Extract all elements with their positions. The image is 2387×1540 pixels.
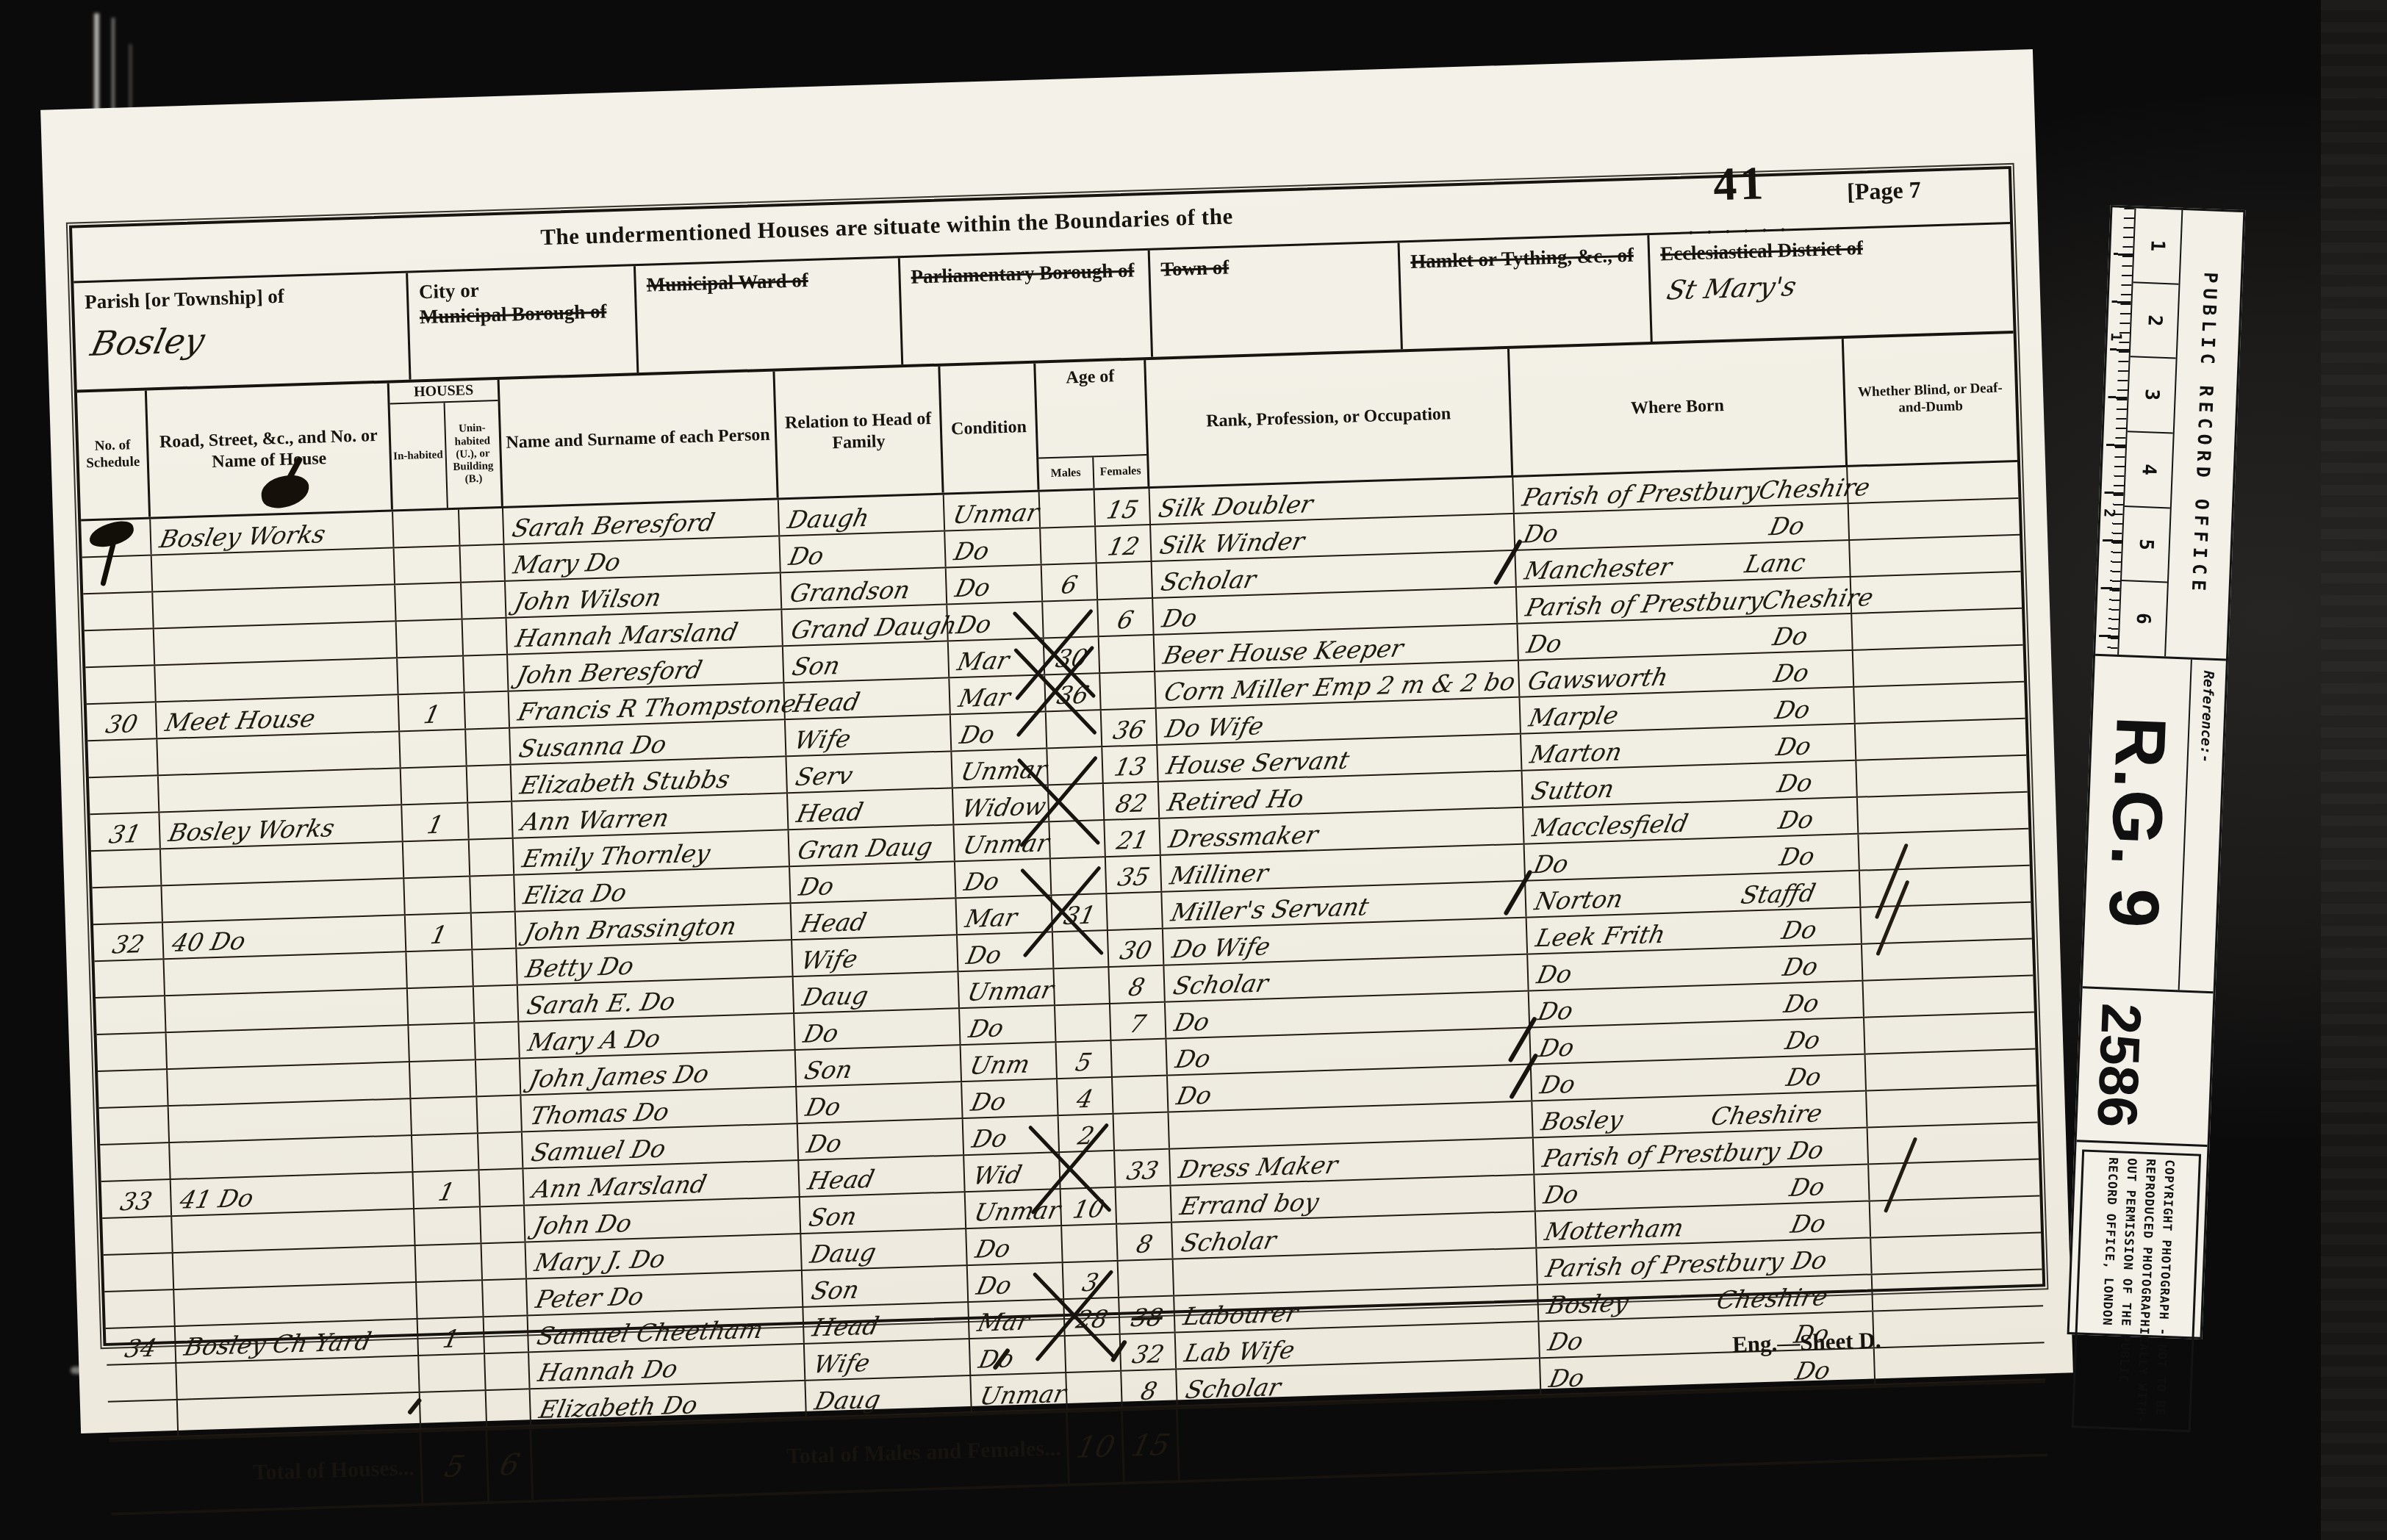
cell-uninhabited [472,913,517,949]
cell-age-male: 5 [1057,1041,1113,1078]
cell-condition: Do [963,1116,1060,1154]
cell-blind [1866,1050,2036,1090]
ruler-number: 3 [2128,358,2176,434]
cell-schedule [89,776,159,813]
cell-blind [1856,719,2026,760]
cell-name: John Brassington [516,904,792,947]
cell-condition: Mar [950,675,1046,713]
ruler-cm-number: 1 [2107,332,2125,342]
cell-condition: Unmar [952,749,1048,787]
cell-address [162,879,405,921]
cell-schedule [87,739,158,777]
cell-age-female: 15 [1095,489,1151,525]
cell-schedule [85,629,155,666]
cell-condition: Mar [956,896,1052,934]
cell-name: Susanna Do [510,720,786,763]
cell-name: Sarah E. Do [518,977,794,1021]
cell-age-male: 4 [1058,1078,1113,1115]
census-sheet: The undermentioned Houses are situate wi… [40,49,2073,1433]
copyright-notice: COPYRIGHT PHOTOGRAPH - NOT TO BE REPRODU… [2072,1150,2201,1433]
cell-uninhabited [477,1095,522,1132]
cell-address: 40 Do [163,915,406,958]
cell-relation: Do [780,532,946,572]
cell-uninhabited [464,655,509,692]
cell-name: Ann Marsland [523,1161,800,1204]
reference-section: R.G. 9 Reference:- [2083,656,2226,993]
cell-condition: Unmar [954,822,1050,860]
cell-age-female: 6 [1098,599,1154,636]
cell-relation: Grand Daugh [782,605,948,645]
district-cell: Town of [1150,242,1403,356]
cell-age-male [1060,1151,1116,1188]
cell-name: John James Do [520,1051,797,1094]
cell-blind [1858,793,2028,833]
series-reference: R.G. 9 [2083,656,2192,990]
cell-age-male [1047,710,1102,747]
cell-age-male [1043,600,1099,637]
cell-condition: Unmar [971,1373,1067,1411]
cell-age-female [1111,1040,1167,1076]
cell-inhabited [417,1281,484,1318]
cell-address [168,1062,411,1105]
cell-uninhabited [462,582,506,619]
cell-uninhabited [467,766,512,802]
cell-name: John Wilson [506,573,782,616]
cell-inhabited [410,1060,477,1098]
cell-uninhabited [481,1206,525,1242]
cell-name: Peter Do [527,1271,803,1314]
cell-address [165,952,408,995]
cell-uninhabited [485,1353,530,1389]
cell-condition: Widow [953,785,1049,824]
cell-blind [1853,646,2024,686]
cell-inhabited [420,1391,487,1428]
cell-age-female: 33 [1115,1150,1171,1187]
cell-age-female [1099,636,1155,672]
cell-age-male [1047,747,1103,784]
cell-blind [1859,830,2029,870]
cell-condition: Do [968,1263,1064,1301]
cell-uninhabited [479,1169,524,1206]
archive-label-strip: 12 123456 PUBLIC RECORD OFFICE R.G. 9 Re… [2067,205,2246,1339]
cell-blind [1869,1159,2039,1200]
cell-blind [1850,536,2020,576]
cell-age-female: 8 [1109,966,1165,1003]
cell-age-male [1054,968,1110,1004]
cell-age-male [1066,1372,1122,1408]
cell-age-female [1114,1113,1170,1150]
cell-age-female: 36 [1102,709,1157,746]
cell-relation: Son [800,1192,966,1233]
cell-name: Elizabeth Do [531,1381,807,1425]
sheet-footer: Eng.—Sheet D. [1732,1327,1881,1358]
col-houses: HOUSES In-habited Unin-habited (U.), or … [390,380,503,510]
cell-blind [1852,609,2022,650]
cell-condition: Do [958,932,1054,971]
cell-address [167,1026,410,1068]
cell-blind [1864,1013,2035,1054]
cell-address: Bosley Works [159,805,403,848]
cell-name: Emily Thornley [514,830,790,874]
cell-relation: Wife [792,935,958,976]
cell-relation: Daugh [779,495,945,536]
cell-blind [1871,1233,2042,1273]
district-value: Bosley [91,320,205,364]
district-cell: Municipal Ward of [636,258,903,373]
cell-address [157,732,401,774]
cell-condition: Do [951,712,1047,750]
col-schedule: No. of Schedule [77,391,151,519]
cell-inhabited [419,1354,486,1392]
cell-name: Francis R Thompstone [509,683,786,727]
cell-address [169,1099,412,1142]
piece-number: 2586 [2077,988,2214,1147]
cell-age-female: 38 [1119,1296,1175,1333]
cell-relation: Head [784,678,950,719]
cell-age-male [1049,784,1105,821]
cell-schedule [91,849,162,887]
col-age: Age of Males Females [1035,360,1149,490]
cell-address [153,585,396,627]
total-females: 15 [1123,1409,1180,1481]
folio-number: 41 [1712,156,1767,212]
cell-inhabited [412,1134,479,1171]
cell-age-male: 2 [1059,1115,1115,1151]
cell-age-male: 30 [1044,637,1100,674]
cell-condition: Do [970,1336,1066,1375]
cell-uninhabited [483,1279,528,1316]
cell-uninhabited [487,1389,531,1426]
cell-age-female [1097,562,1153,599]
cell-name: Thomas Do [521,1087,797,1131]
cell-condition: Do [960,1006,1056,1044]
cell-blind [1868,1123,2039,1163]
district-label: Hamlet or Tything, &c., of [1410,243,1640,275]
cell-relation: Daug [794,972,960,1012]
cell-name: Betty Do [517,940,793,984]
cell-schedule [108,1400,179,1438]
cell-name: Eliza Do [514,867,791,910]
cell-age-male: 10 [1061,1188,1117,1225]
cell-uninhabited [476,1059,521,1095]
cell-schedule [95,960,165,997]
col-relation: Relation to Head of Family [775,367,944,498]
cell-inhabited [400,730,467,768]
district-cell: Ecclesiastical District ofSt Mary's [1649,224,2013,342]
page-number: [Page 7 [1847,176,1921,206]
cell-age-male: 28 [1064,1298,1120,1335]
cell-address [172,1209,415,1252]
cell-age-female: 82 [1104,782,1160,819]
table-body: Bosley WorksSarah BeresfordDaughUnmar15S… [81,462,2045,1439]
cell-blind [1861,903,2031,943]
cell-condition: Unmar [966,1190,1062,1228]
cell-blind [1848,462,2018,503]
col-males: Males [1038,457,1094,489]
cell-age-female: 7 [1110,1003,1166,1040]
cell-inhabited [414,1207,481,1245]
cell-address: 41 Do [171,1173,414,1215]
cell-condition: Wid [964,1153,1060,1191]
cell-age-male [1053,931,1109,968]
cell-schedule: 30 [87,702,157,740]
cell-age-male [1055,1004,1111,1041]
cell-relation: Head [792,899,958,939]
cell-inhabited [411,1097,478,1134]
col-name: Name and Surname of each Person [500,371,779,505]
cell-uninhabited [466,729,511,766]
cell-blind [1849,499,2020,539]
cell-name: Mary J. Do [526,1234,803,1278]
cell-relation: Serv [786,752,952,792]
cell-address [173,1246,417,1289]
cell-name: Sarah Beresford [503,500,780,543]
cell-age-female [1119,1259,1174,1296]
ruler-number: 2 [2131,283,2179,359]
cell-address [152,548,395,591]
col-inhabited: In-habited [390,403,448,509]
cell-inhabited [401,767,468,805]
cell-schedule [93,886,163,924]
cell-age-male [1062,1225,1118,1262]
cell-inhabited [398,657,464,694]
cell-schedule [85,666,156,703]
cell-address [170,1136,413,1179]
cell-blind [1867,1087,2037,1127]
cell-schedule [96,996,166,1034]
cell-relation: Head [799,1156,965,1196]
cell-age-male: 6 [1042,564,1098,600]
cell-relation: Daug [801,1229,967,1270]
cell-condition: Do [966,1226,1063,1264]
cell-schedule [81,519,151,557]
cell-inhabited [395,583,462,621]
cell-blind [1856,756,2027,796]
cell-inhabited [403,840,470,877]
cell-address: Bosley Works [151,511,394,554]
cell-inhabited [395,547,462,584]
cell-age-male [1049,821,1105,857]
col-born: Where Born [1510,339,1848,475]
cell-blind [1860,866,2031,907]
cell-schedule: 32 [93,923,164,960]
cell-uninhabited [484,1316,529,1353]
cell-age-female [1113,1076,1169,1113]
ink-blot [87,518,136,550]
district-label: Municipal Ward of [646,266,890,298]
cell-age-female: 8 [1117,1223,1173,1260]
cell-age-female [1107,893,1163,929]
cell-blind [1854,683,2025,723]
ruler-number: 6 [2119,581,2167,656]
cell-condition: Mar [949,638,1045,677]
cell-age-female: 21 [1105,819,1160,856]
cell-relation: Head [803,1303,969,1343]
cell-age-female [1116,1187,1172,1223]
cell-schedule [102,1217,173,1254]
district-value: St Mary's [1667,272,1796,306]
district-label: Ecclesiastical District of [1660,231,2003,267]
cell-inhabited [408,987,475,1024]
book-edge [2321,0,2387,1540]
cell-name: Samuel Cheetham [528,1308,805,1351]
cell-uninhabited [470,839,514,876]
cell-age-female [1100,672,1156,709]
cell-name: Hannah Marsland [507,610,783,653]
cell-name: Mary Do [504,536,780,580]
cell-blind [1873,1270,2043,1310]
cell-name: Mary A Do [519,1014,795,1057]
total-males: 10 [1068,1411,1125,1483]
district-cell: City orMunicipal Borough of [408,266,639,379]
cell-blind [1875,1343,2045,1384]
cell-name: Elizabeth Stubbs [511,757,788,800]
cell-schedule [100,1143,170,1181]
cell-inhabited: 1 [399,694,466,731]
cell-uninhabited [475,1023,520,1059]
cell-condition: Do [947,566,1043,604]
cell-uninhabited [461,545,506,582]
cell-address: Meet House [157,695,400,738]
cell-condition: Do [947,602,1044,640]
cell-name: Ann Warren [512,794,789,837]
cell-uninhabited [465,692,510,729]
col-females: Females [1094,456,1148,488]
cell-inhabited [397,620,464,658]
col-occupation: Rank, Profession, or Occupation [1146,349,1513,486]
col-uninhabited: Unin-habited (U.), or Building (B.) [445,401,501,508]
cell-age-male [1051,857,1107,894]
cell-condition: Unmar [959,969,1055,1007]
ruler-section: 12 123456 PUBLIC RECORD OFFICE [2095,207,2243,661]
ruler-number: 5 [2122,507,2170,583]
cell-uninhabited [473,949,517,986]
cell-blind [1863,976,2034,1017]
district-label: Town of [1160,251,1390,282]
district-cell: Hamlet or Tything, &c., of [1399,235,1652,349]
cell-age-male [1041,527,1096,564]
cell-age-female: 8 [1121,1370,1177,1406]
cell-name: Hannah Do [529,1345,805,1388]
cell-age-male: 3 [1063,1262,1119,1298]
cell-age-female: 32 [1121,1333,1177,1370]
cell-inhabited [406,950,473,987]
district-cell: Parliamentary Borough of [900,251,1153,364]
district-label: Parliamentary Borough of [911,258,1140,289]
cell-inhabited [393,510,460,547]
cell-address [155,658,398,701]
cell-schedule [98,1070,168,1107]
district-label: Parish [or Township] of [85,281,398,315]
district-label: City orMunicipal Borough of [418,274,626,330]
cell-name: John Do [525,1198,801,1241]
cell-uninhabited [463,619,508,655]
cell-schedule [99,1107,170,1144]
total-people-label: Total of Males and Females... [531,1413,1070,1500]
cell-uninhabited [478,1132,523,1169]
cell-age-male: 36 [1045,674,1101,710]
cell-relation: Wife [805,1339,971,1380]
cell-uninhabited [459,508,504,545]
district-cell: Parish [or Township] ofBosley [73,273,411,390]
cell-schedule [107,1364,177,1401]
cell-age-male [1066,1335,1121,1372]
cell-relation: Do [798,1119,964,1159]
cell-relation: Grandson [781,568,947,608]
cell-name: John Beresford [508,647,784,690]
total-houses-inhabited: 5 [421,1431,489,1503]
cell-uninhabited [470,876,515,913]
cell-blind [1873,1306,2044,1347]
cell-address [161,842,404,885]
cell-blind [1862,940,2033,980]
cell-condition: Mar [969,1300,1065,1338]
cell-relation: Gran Daug [789,825,955,866]
cell-inhabited: 1 [402,803,469,841]
cell-schedule [82,555,153,593]
cell-age-male [1040,490,1096,527]
col-blind: Whether Blind, or Deaf-and-Dumb [1844,334,2017,465]
cell-schedule: 34 [106,1327,176,1364]
cell-relation: Do [797,1082,963,1123]
ruler-number: 4 [2125,432,2173,508]
cell-address: Bosley Ch Yard [176,1320,419,1362]
cell-relation: Daug [805,1376,972,1417]
cell-schedule [104,1253,174,1291]
cell-schedule [104,1290,175,1328]
cell-condition: Do [955,859,1052,897]
cell-age-female: 12 [1096,525,1152,562]
cell-address [159,769,402,811]
cell-condition: Do [945,529,1041,567]
cell-inhabited [409,1023,475,1061]
cell-address [174,1283,417,1325]
cell-inhabited [416,1244,483,1281]
cell-inhabited: 1 [414,1170,481,1208]
total-houses-uninhabited: 6 [487,1429,534,1501]
photostat-background: The undermentioned Houses are situate wi… [0,0,2387,1540]
cell-blind [1851,572,2022,613]
col-condition: Condition [940,364,1039,493]
cell-inhabited [404,877,471,914]
cell-age-female: 13 [1102,746,1158,782]
cell-age-male: 31 [1052,894,1108,931]
cell-uninhabited [474,986,519,1023]
cell-age-female: 35 [1106,856,1162,893]
cell-relation: Son [803,1266,969,1306]
cell-condition: Unmar [944,492,1041,530]
ruler-cm-number: 2 [2100,508,2118,518]
cell-blind [1870,1196,2041,1237]
cell-relation: Wife [786,715,952,755]
cell-schedule [97,1033,168,1071]
ruler-number: 1 [2133,208,2182,284]
cell-age-female: 30 [1108,929,1164,966]
cell-name: Samuel Do [523,1124,799,1167]
cell-relation: Do [794,1009,961,1049]
cell-condition: Do [962,1079,1058,1118]
sheet-frame: The undermentioned Houses are situate wi… [69,166,2045,1346]
cell-address [176,1356,420,1399]
cell-address [178,1393,421,1436]
cell-uninhabited [468,802,513,839]
cell-inhabited: 1 [418,1317,485,1355]
cell-condition: Unm [961,1043,1058,1081]
cell-relation: Head [788,788,954,829]
cell-schedule [83,592,154,630]
cell-address [154,622,398,664]
cell-relation: Son [783,641,950,682]
